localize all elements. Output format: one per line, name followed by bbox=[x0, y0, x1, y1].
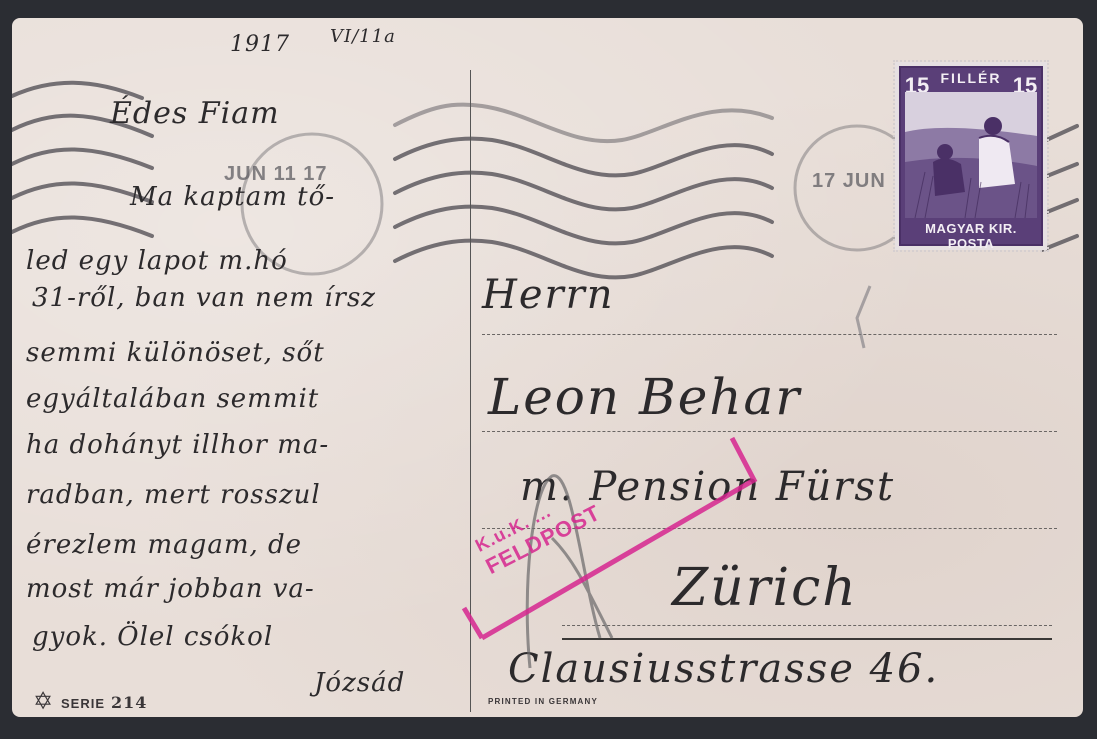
printer-imprint: PRINTED IN GERMANY bbox=[488, 697, 598, 706]
series-label: SERIE bbox=[61, 696, 105, 711]
stamp-top-text: FILLÉR bbox=[933, 70, 1009, 90]
star-of-david-icon: ✡ bbox=[33, 687, 54, 716]
postcard: JUN 11 17 17 JUN 1917 VI/11a Édes Fiam M… bbox=[12, 18, 1083, 717]
reapers-icon bbox=[905, 92, 1037, 218]
stamp-frame: 15 15 FILLÉR bbox=[899, 66, 1043, 246]
harvesters-illustration bbox=[905, 92, 1037, 218]
series-imprint: ✡ SERIE214 bbox=[61, 693, 147, 712]
series-number: 214 bbox=[111, 693, 147, 712]
stamp-bottom-text: MAGYAR KIR. POSTA bbox=[901, 221, 1041, 241]
postage-stamp: 15 15 FILLÉR bbox=[895, 62, 1047, 250]
